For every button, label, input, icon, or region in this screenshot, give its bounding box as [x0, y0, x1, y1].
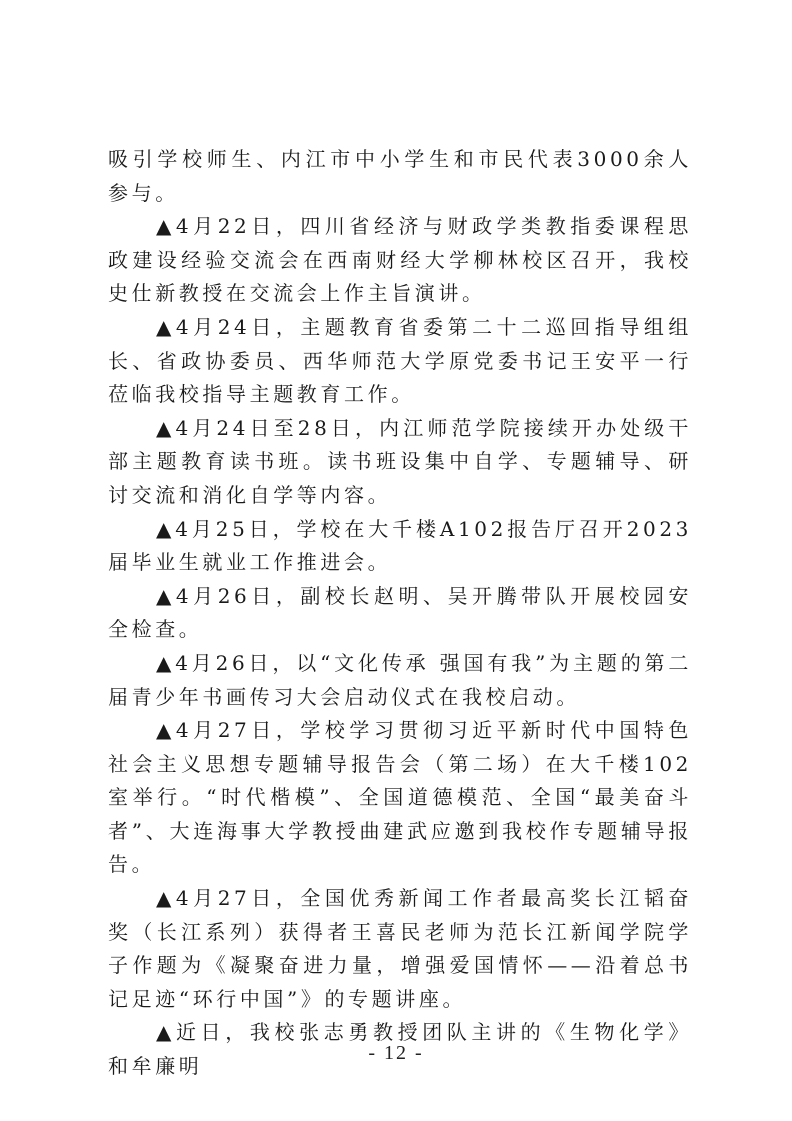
news-item-apr27-lecture: ▲4月27日，学校学习贯彻习近平新时代中国特色社会主义思想专题辅导报告会（第二场…	[108, 714, 692, 882]
news-item-apr27-journalism: ▲4月27日，全国优秀新闻工作者最高奖长江韬奋奖（长江系列）获得者王喜民老师为范…	[108, 882, 692, 1016]
news-item-apr25: ▲4月25日，学校在大千楼A102报告厅召开2023届毕业生就业工作推进会。	[108, 513, 692, 580]
document-body: 吸引学校师生、内江市中小学生和市民代表3000余人参与。 ▲4月22日，四川省经…	[108, 143, 692, 1084]
document-page: 吸引学校师生、内江市中小学生和市民代表3000余人参与。 ▲4月22日，四川省经…	[0, 0, 792, 1121]
news-item-apr26-safety: ▲4月26日，副校长赵明、吴开腾带队开展校园安全检查。	[108, 580, 692, 647]
news-item-apr26-calligraphy: ▲4月26日，以“文化传承 强国有我”为主题的第二届青少年书画传习大会启动仪式在…	[108, 647, 692, 714]
paragraph-continuation: 吸引学校师生、内江市中小学生和市民代表3000余人参与。	[108, 143, 692, 210]
news-item-apr24-28-reading-class: ▲4月24日至28日，内江师范学院接续开办处级干部主题教育读书班。读书班设集中自…	[108, 412, 692, 513]
page-number: - 12 -	[0, 1042, 792, 1065]
news-item-apr22: ▲4月22日，四川省经济与财政学类教指委课程思政建设经验交流会在西南财经大学柳林…	[108, 210, 692, 311]
news-item-apr24-inspection: ▲4月24日，主题教育省委第二十二巡回指导组组长、省政协委员、西华师范大学原党委…	[108, 311, 692, 412]
